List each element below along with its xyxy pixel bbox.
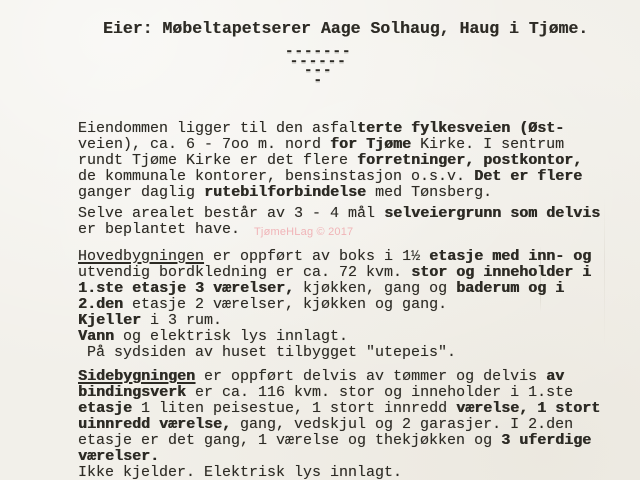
text-segment: stor og inneholder i [411,264,591,281]
separator-dash-row: - [283,76,353,86]
text-segment: værelse, 1 stort [456,400,600,417]
text-segment: 1.ste etasje 3 værelser, [78,280,294,297]
text-segment: utvendig bordkledning er ca. 72 kvm. [78,264,411,281]
separator-dashes: ------- ------ --- - [283,47,353,85]
text-line: 1.ste etasje 3 værelser, kjøkken, gang o… [78,281,591,297]
text-segment: Ikke kjelder. Elektrisk lys innlagt. [78,464,402,480]
text-segment: Eiendommen ligger til den asfal [78,120,357,137]
text-segment: På sydsiden av huset tilbygget "utepeis"… [78,344,456,361]
text-segment: rutebilforbindelse [204,184,366,201]
text-line: 2.den etasje 2 værelser, kjøkken og gang… [78,297,591,313]
text-line: værelser. [78,449,600,465]
text-line: etasje 1 liten peisestue, 1 stort innred… [78,401,600,417]
text-segment: Det er flere [474,168,582,185]
text-segment: 2.den [78,296,123,313]
text-segment: er beplantet have. [78,221,240,238]
text-segment: forretninger, postkontor, [357,152,582,169]
text-segment: værelser. [78,448,159,465]
text-segment: gang, vedskjul og 2 garasjer. I 2.den [231,416,573,433]
text-segment: Kjeller [78,312,141,329]
text-segment: med Tønsberg. [366,184,492,201]
text-segment: 1 liten peisestue, 1 stort innredd [132,400,456,417]
historielag-watermark: TjømeHLag © 2017 [254,226,353,238]
text-segment: Selve arealet består av 3 - 4 mål [78,205,384,222]
text-segment: de kommunale kontorer, bensinstasjon o.s… [78,168,474,185]
scanned-document-screenshot: { "page": { "kind": "scanned typewritten… [0,0,640,480]
text-segment: rundt Tjøme Kirke er det flere [78,152,357,169]
text-segment: er oppført delvis av tømmer og delvis [195,368,546,385]
text-segment: baderum og i [456,280,564,297]
text-segment: Hovedbygningen [78,248,204,265]
paper-crease [604,198,605,348]
text-segment: kjøkken, gang og [294,280,456,297]
text-line: Hovedbygningen er oppført av boks i 1½ e… [78,249,591,265]
text-segment: Kirke. I sentrum [411,136,564,153]
text-line: Vann og elektrisk lys innlagt. [78,329,591,345]
document-page: Eier: Møbeltapetserer Aage Solhaug, Haug… [0,0,640,480]
text-segment: etasje er det gang, 1 værelse og thekjøk… [78,432,501,449]
text-segment: veien), ca. 6 - 7oo m. nord [78,136,330,153]
text-segment: uinnredd værelse, [78,416,231,433]
text-segment: Sidebygningen [78,368,195,385]
text-line: veien), ca. 6 - 7oo m. nord for Tjøme Ki… [78,137,582,153]
text-segment: terte fylkesveien (Øst- [357,120,564,137]
text-segment: for Tjøme [330,136,411,153]
text-segment: av [546,368,564,385]
text-line: På sydsiden av huset tilbygget "utepeis"… [78,345,591,361]
text-line: Selve arealet består av 3 - 4 mål selvei… [78,206,600,222]
text-line: uinnredd værelse, gang, vedskjul og 2 ga… [78,417,600,433]
side-building-paragraph: Sidebygningen er oppført delvis av tømme… [78,369,600,480]
text-segment: er oppført av boks i 1½ [204,248,429,265]
text-line: bindingsverk er ca. 116 kvm. stor og inn… [78,385,600,401]
text-line: ganger daglig rutebilforbindelse med Tøn… [78,185,582,201]
text-line: de kommunale kontorer, bensinstasjon o.s… [78,169,582,185]
text-segment: selveiergrunn som delvis [384,205,600,222]
text-line: utvendig bordkledning er ca. 72 kvm. sto… [78,265,591,281]
owner-title-line: Eier: Møbeltapetserer Aage Solhaug, Haug… [103,19,588,38]
text-line: Ikke kjelder. Elektrisk lys innlagt. [78,465,600,480]
text-segment: i 3 rum. [141,312,222,329]
text-line: rundt Tjøme Kirke er det flere forretnin… [78,153,582,169]
text-segment: bindingsverk [78,384,186,401]
text-line: etasje er det gang, 1 værelse og thekjøk… [78,433,600,449]
paper-crease [540,246,541,312]
main-building-paragraph: Hovedbygningen er oppført av boks i 1½ e… [78,249,591,361]
text-segment: ganger daglig [78,184,204,201]
text-segment: og elektrisk lys innlagt. [114,328,348,345]
text-segment: etasje med inn- og [429,248,591,265]
text-segment: 3 uferdige [501,432,591,449]
text-segment: etasje [78,400,132,417]
text-segment: etasje 2 værelser, kjøkken og gang. [123,296,447,313]
text-line: Kjeller i 3 rum. [78,313,591,329]
text-line: Eiendommen ligger til den asfalterte fyl… [78,121,582,137]
location-paragraph: Eiendommen ligger til den asfalterte fyl… [78,121,582,201]
text-segment: Vann [78,328,114,345]
text-line: Sidebygningen er oppført delvis av tømme… [78,369,600,385]
text-segment: er ca. 116 kvm. stor og inneholder i 1.s… [186,384,573,401]
